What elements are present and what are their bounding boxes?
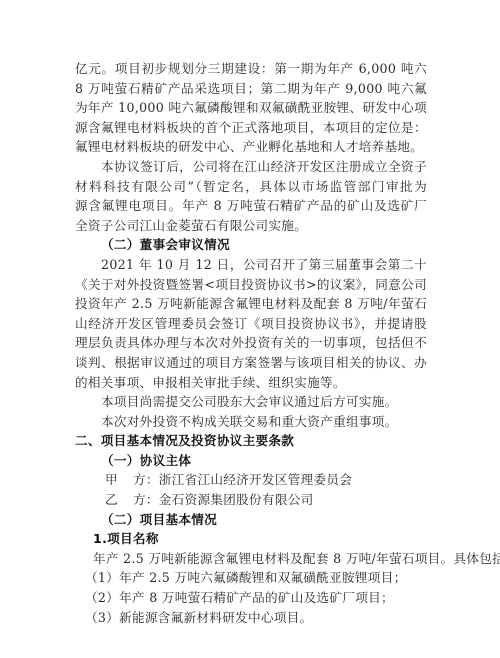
paragraph-line: 8 万吨萤石精矿产品采选项目；第二期为年产 9,000 吨六氟磷酸锂项目；第三期 [75, 79, 427, 99]
heading-section-2: 二、项目基本情况及投资协议主要条款 [75, 431, 427, 451]
paragraph-line: 本项目尚需提交公司股东大会审议通过后方可实施。 [75, 392, 427, 412]
party-a: 甲方：浙江省江山经济开发区管理委员会 [75, 470, 427, 490]
paragraph-line: 山经济开发区管理委员会签订《项目投资协议书》，并提请股东大会授权公司管 [75, 314, 427, 334]
paragraph-line: 材料科技有限公司”（暂定名，具体以市场监管部门审批为准），以具体实施新能 [75, 177, 427, 197]
paragraph-line: 谈判、根据审议通过的项目方案签署与该项目相关的协议、办理成立全资子公司 [75, 353, 427, 373]
document-page: 亿元。项目初步规划分三期建设：第一期为年产 6,000 吨六氟磷酸锂项目、年产 … [75, 59, 427, 627]
paragraph-line: 源含氟锂电材料板块的首个正式落地项目，本项目的定位是：公司未来新能源含 [75, 118, 427, 138]
project-name-text: 年产 2.5 万吨新能源含氟锂电材料及配套 8 万吨/年萤石项目。具体包括： [75, 549, 427, 569]
party-key: 乙 [105, 490, 133, 510]
paragraph-line: 投资年产 2.5 万吨新能源含氟锂电材料及配套 8 万吨/年萤石项目，与浙江省江 [75, 294, 427, 314]
party-key: 甲 [105, 470, 133, 490]
project-item: （2）年产 8 万吨萤石精矿产品的矿山及选矿厂项目； [75, 588, 427, 608]
paragraph-line: 为年产 10,000 吨六氟磷酸锂和双氟磺酰亚胺锂、研发中心项目。作为公司新能 [75, 98, 427, 118]
paragraph-line: 全资子公司江山金菱萤石有限公司实施。 [75, 216, 427, 236]
heading-parties: （一）协议主体 [75, 451, 427, 471]
project-item: （3）新能源含氟新材料研发中心项目。 [75, 608, 427, 628]
paragraph-line: 本次对外投资不构成关联交易和重大资产重组事项。 [75, 412, 427, 432]
paragraph-line: 《关于对外投资暨签署<项目投资协议书>的议案》，同意公司在江山经济开发区 [75, 275, 427, 295]
heading-project-name: 1.项目名称 [75, 529, 427, 549]
paragraph-line: 亿元。项目初步规划分三期建设：第一期为年产 6,000 吨六氟磷酸锂项目、年产 [75, 59, 427, 79]
paragraph-line: 2021 年 10 月 12 日，公司召开了第三届董事会第二十次会议，审议通过了 [75, 255, 427, 275]
party-label: 方：金石资源集团股份有限公司 [133, 492, 314, 507]
paragraph-line: 本协议签订后，公司将在江山经济开发区注册成立全资子公司“江山金石新 [75, 157, 427, 177]
paragraph-line: 的相关事项、申报相关审批手续、组织实施等。 [75, 373, 427, 393]
party-b: 乙方：金石资源集团股份有限公司 [75, 490, 427, 510]
party-label: 方：浙江省江山经济开发区管理委员会 [133, 472, 352, 487]
paragraph-line: 氟锂电材料板块的研发中心、产业孵化基地和人才培养基地。 [75, 137, 427, 157]
project-item: （1）年产 2.5 万吨六氟磷酸锂和双氟磺酰亚胺锂项目； [75, 568, 427, 588]
heading-basic-info: （二）项目基本情况 [75, 510, 427, 530]
paragraph-line: 理层负责具体办理与本次对外投资有关的一切事项，包括但不限于就该项目进行 [75, 333, 427, 353]
heading-board-review: （二）董事会审议情况 [75, 235, 427, 255]
paragraph-line: 源含氟锂电项目。年产 8 万吨萤石精矿产品的矿山及选矿厂项目，由公司下属的 [75, 196, 427, 216]
